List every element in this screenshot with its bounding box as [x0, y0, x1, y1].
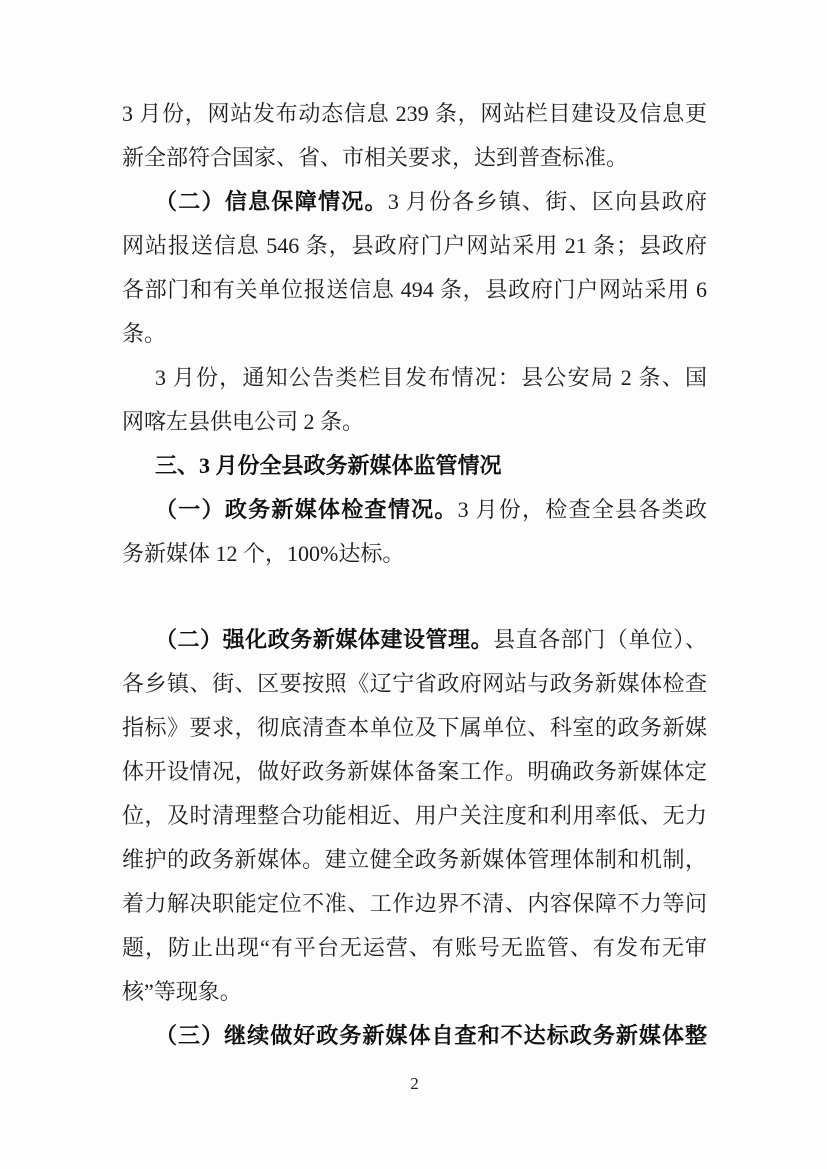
- document-page: 3 月份，网站发布动态信息 239 条，网站栏目建设及信息更 新全部符合国家、省…: [0, 0, 827, 1169]
- bold-run: （一）政务新媒体检查情况。: [155, 497, 458, 522]
- text-line: 着力解决职能定位不准、工作边界不清、内容保障不力等问: [122, 882, 707, 926]
- text-run: 维护的政务新媒体。建立健全政务新媒体管理体制和机制，: [122, 847, 707, 872]
- text-line: 网喀左县供电公司 2 条。: [122, 400, 707, 444]
- bold-run: （二）强化政务新媒体建设管理。: [155, 627, 493, 652]
- text-line: 位，及时清理整合功能相近、用户关注度和利用率低、无力: [122, 794, 707, 838]
- text-line: 体开设情况，做好政务新媒体备案工作。明确政务新媒体定: [122, 750, 707, 794]
- chapter-heading-line: 三、3 月份全县政务新媒体监管情况: [122, 444, 707, 488]
- text-run: 各部门和有关单位报送信息 494 条，县政府门户网站采用 6: [122, 277, 707, 302]
- text-line: 各乡镇、街、区要按照《辽宁省政府网站与政务新媒体检查: [122, 662, 707, 706]
- text-run: 体开设情况，做好政务新媒体备案工作。明确政务新媒体定: [122, 759, 707, 784]
- text-run: 指标》要求，彻底清查本单位及下属单位、科室的政务新媒: [122, 715, 707, 740]
- text-line: 指标》要求，彻底清查本单位及下属单位、科室的政务新媒: [122, 706, 707, 750]
- section-heading-line: （一）政务新媒体检查情况。3 月份，检查全县各类政: [122, 488, 707, 532]
- text-run: 县直各部门（单位）、: [493, 627, 707, 652]
- document-body: 3 月份，网站发布动态信息 239 条，网站栏目建设及信息更 新全部符合国家、省…: [122, 92, 707, 1058]
- bold-run: 三、3 月份全县政务新媒体监管情况: [155, 453, 502, 478]
- text-run: 条。: [122, 321, 166, 346]
- text-run: 题，防止出现“有平台无运营、有账号无监管、有发布无审: [122, 935, 707, 960]
- text-run: 3 月份，通知公告类栏目发布情况：县公安局 2 条、国: [155, 365, 707, 390]
- text-run: 着力解决职能定位不准、工作边界不清、内容保障不力等问: [122, 891, 707, 916]
- bold-run: （二）信息保障情况。: [155, 189, 388, 214]
- text-run: 3 月份，网站发布动态信息 239 条，网站栏目建设及信息更: [122, 101, 707, 126]
- text-run: 核”等现象。: [122, 979, 242, 1004]
- text-line: 3 月份，通知公告类栏目发布情况：县公安局 2 条、国: [122, 356, 707, 400]
- text-line: 务新媒体 12 个，100%达标。: [122, 532, 707, 576]
- text-line: 网站报送信息 546 条，县政府门户网站采用 21 条；县政府: [122, 224, 707, 268]
- section-heading-line: （二）强化政务新媒体建设管理。县直各部门（单位）、: [122, 618, 707, 662]
- text-line: 题，防止出现“有平台无运营、有账号无监管、有发布无审: [122, 926, 707, 970]
- text-run: 网喀左县供电公司 2 条。: [122, 409, 364, 434]
- text-line: 维护的政务新媒体。建立健全政务新媒体管理体制和机制，: [122, 838, 707, 882]
- text-run: 3 月份，检查全县各类政: [458, 497, 707, 522]
- text-run: 新全部符合国家、省、市相关要求，达到普查标准。: [122, 145, 628, 170]
- text-line: 新全部符合国家、省、市相关要求，达到普查标准。: [122, 136, 707, 180]
- section-heading-line: （三）继续做好政务新媒体自查和不达标政务新媒体整: [122, 1014, 707, 1058]
- page-number: 2: [122, 1072, 707, 1096]
- text-line: 各部门和有关单位报送信息 494 条，县政府门户网站采用 6: [122, 268, 707, 312]
- text-run: 3 月份各乡镇、街、区向县政府: [388, 189, 707, 214]
- text-run: 位，及时清理整合功能相近、用户关注度和利用率低、无力: [122, 803, 707, 828]
- text-line: 核”等现象。: [122, 970, 707, 1014]
- text-run: 网站报送信息 546 条，县政府门户网站采用 21 条；县政府: [122, 233, 707, 258]
- text-line: 条。: [122, 312, 707, 356]
- text-run: 务新媒体 12 个，100%达标。: [122, 541, 404, 566]
- section-heading-line: （二）信息保障情况。3 月份各乡镇、街、区向县政府: [122, 180, 707, 224]
- text-line: 3 月份，网站发布动态信息 239 条，网站栏目建设及信息更: [122, 92, 707, 136]
- text-run: 各乡镇、街、区要按照《辽宁省政府网站与政务新媒体检查: [122, 671, 707, 696]
- bold-run: （三）继续做好政务新媒体自查和不达标政务新媒体整: [155, 1023, 707, 1048]
